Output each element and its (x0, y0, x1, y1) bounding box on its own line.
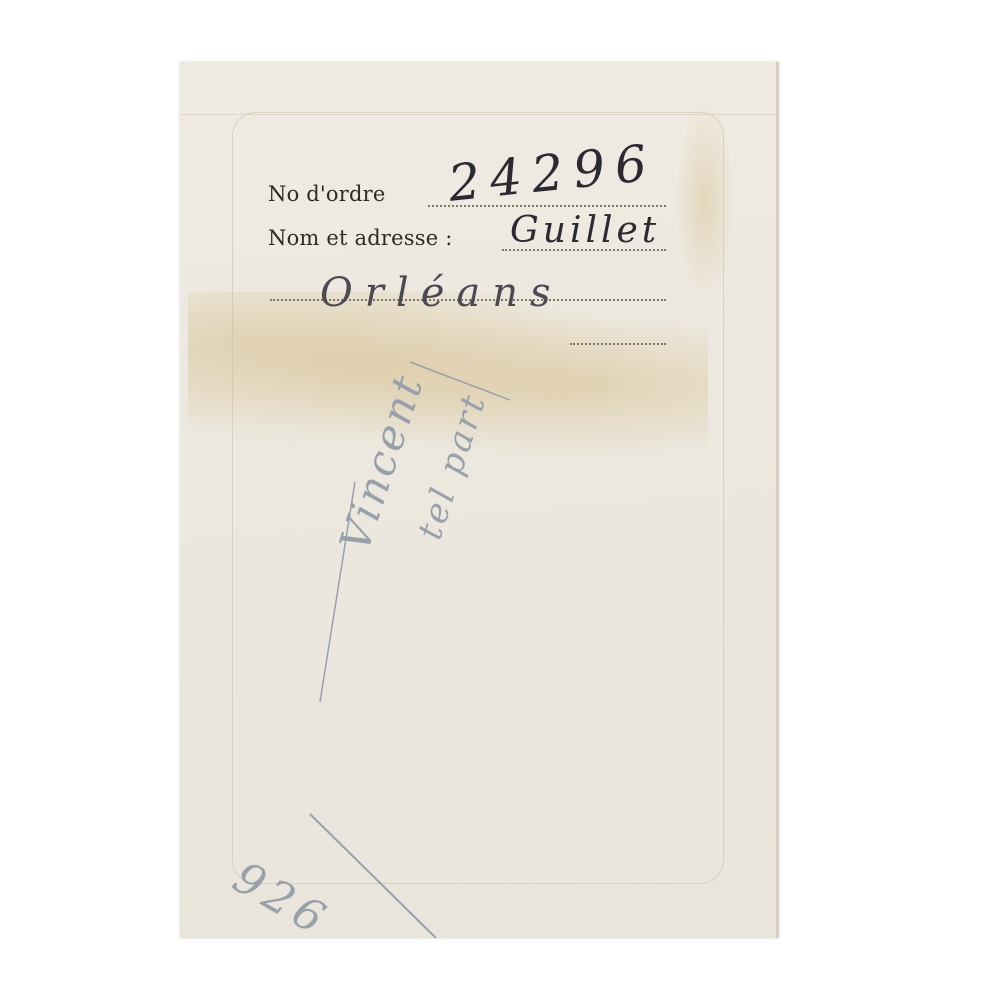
document-card: No d'ordre 24296 Nom et adresse : Guille… (180, 62, 779, 938)
order-number-label: No d'ordre (268, 182, 386, 206)
water-stain-right (675, 102, 735, 302)
address-dotted-line-2 (570, 343, 666, 345)
name-value: Guillet (510, 210, 660, 251)
address-value: Orléans (320, 270, 563, 316)
name-address-label: Nom et adresse : (268, 226, 453, 250)
